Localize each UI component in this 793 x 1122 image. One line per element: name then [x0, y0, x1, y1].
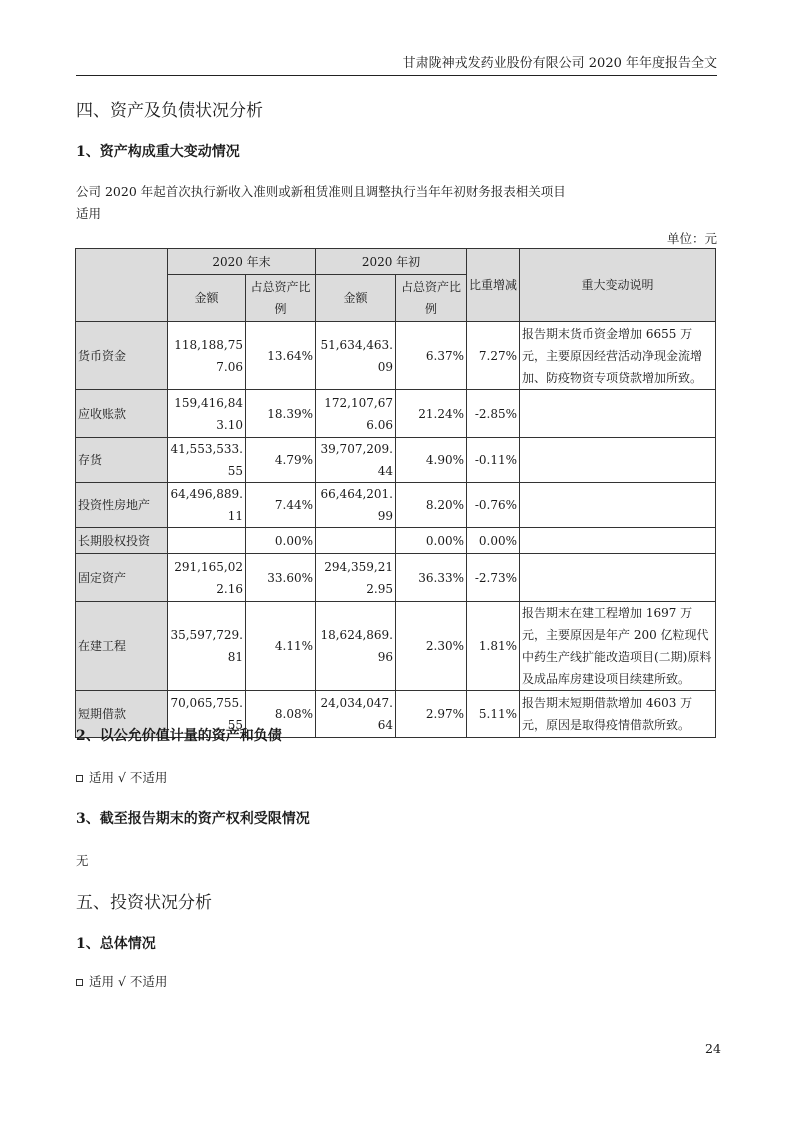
change-explanation: 报告期末短期借款增加 4603 万元，原因是取得疫情借款所致。: [520, 691, 716, 738]
unit-label: 单位：元: [667, 229, 717, 247]
change-explanation: 报告期末在建工程增加 1697 万元，主要原因是年产 200 亿粒现代中药生产线…: [520, 602, 716, 691]
start-amount: 51,634,463.09: [316, 322, 396, 390]
section-5-title: 五、投资状况分析: [76, 888, 212, 913]
change-explanation: [520, 554, 716, 602]
start-amount: 172,107,676.06: [316, 390, 396, 438]
row-item: 长期股权投资: [76, 528, 168, 554]
end-ratio: 18.39%: [246, 390, 316, 438]
end-amount: 159,416,843.10: [168, 390, 246, 438]
start-ratio: 8.20%: [396, 483, 467, 528]
end-amount: 64,496,889.11: [168, 483, 246, 528]
fair-value-option-text: 适用 √ 不适用: [89, 770, 167, 785]
table-row: 应收账款 159,416,843.10 18.39% 172,107,676.0…: [76, 390, 716, 438]
ratio-change: 5.11%: [467, 691, 520, 738]
start-ratio: 21.24%: [396, 390, 467, 438]
end-ratio: 4.11%: [246, 602, 316, 691]
page-header: 甘肃陇神戎发药业股份有限公司 2020 年年度报告全文: [76, 52, 717, 76]
ratio-change: 1.81%: [467, 602, 520, 691]
section-4-title: 四、资产及负债状况分析: [76, 96, 263, 121]
end-ratio: 4.79%: [246, 438, 316, 483]
row-item: 固定资产: [76, 554, 168, 602]
checkbox-icon: [76, 775, 83, 782]
end-ratio: 33.60%: [246, 554, 316, 602]
header-start-ratio: 占总资产比例: [396, 275, 467, 322]
change-explanation: [520, 390, 716, 438]
start-amount: 39,707,209.44: [316, 438, 396, 483]
start-amount: 18,624,869.96: [316, 602, 396, 691]
asset-composition-table: 2020 年末 2020 年初 比重增减 重大变动说明 金额 占总资产比例 金额…: [75, 248, 716, 738]
end-amount: 35,597,729.81: [168, 602, 246, 691]
ratio-change: 0.00%: [467, 528, 520, 554]
start-amount: 294,359,212.95: [316, 554, 396, 602]
start-ratio: 2.97%: [396, 691, 467, 738]
checkbox-icon: [76, 979, 83, 986]
start-amount: [316, 528, 396, 554]
header-start-year: 2020 年初: [316, 249, 467, 275]
start-ratio: 6.37%: [396, 322, 467, 390]
change-explanation: [520, 483, 716, 528]
subsection-asset-changes-title: 1、资产构成重大变动情况: [76, 141, 240, 161]
table-row: 固定资产 291,165,022.16 33.60% 294,359,212.9…: [76, 554, 716, 602]
header-end-amount: 金额: [168, 275, 246, 322]
page-number: 24: [705, 1041, 721, 1056]
end-ratio: 7.44%: [246, 483, 316, 528]
header-change: 比重增减: [467, 249, 520, 322]
start-ratio: 36.33%: [396, 554, 467, 602]
header-item: [76, 249, 168, 322]
header-end-year: 2020 年末: [168, 249, 316, 275]
adoption-note: 公司 2020 年起首次执行新收入准则或新租赁准则且调整执行当年年初财务报表相关…: [76, 182, 566, 200]
overall-option: 适用 √ 不适用: [76, 972, 167, 990]
header-explanation: 重大变动说明: [520, 249, 716, 322]
subsection-overall-title: 1、总体情况: [76, 933, 156, 953]
subsection-fair-value-title: 2、以公允价值计量的资产和负债: [76, 725, 282, 745]
end-amount: 118,188,757.06: [168, 322, 246, 390]
table-row: 长期股权投资 0.00% 0.00% 0.00%: [76, 528, 716, 554]
restricted-assets-text: 无: [76, 851, 89, 869]
change-explanation: [520, 528, 716, 554]
start-ratio: 2.30%: [396, 602, 467, 691]
end-ratio: 0.00%: [246, 528, 316, 554]
start-ratio: 0.00%: [396, 528, 467, 554]
row-item: 货币资金: [76, 322, 168, 390]
ratio-change: -2.85%: [467, 390, 520, 438]
start-amount: 24,034,047.64: [316, 691, 396, 738]
end-amount: 41,553,533.55: [168, 438, 246, 483]
ratio-change: 7.27%: [467, 322, 520, 390]
change-explanation: 报告期末货币资金增加 6655 万元，主要原因经营活动净现金流增加、防疫物资专项…: [520, 322, 716, 390]
adoption-applicable: 适用: [76, 204, 101, 222]
start-ratio: 4.90%: [396, 438, 467, 483]
table-row: 投资性房地产 64,496,889.11 7.44% 66,464,201.99…: [76, 483, 716, 528]
row-item: 在建工程: [76, 602, 168, 691]
row-item: 存货: [76, 438, 168, 483]
header-end-ratio: 占总资产比例: [246, 275, 316, 322]
ratio-change: -0.76%: [467, 483, 520, 528]
table-row: 存货 41,553,533.55 4.79% 39,707,209.44 4.9…: [76, 438, 716, 483]
header-start-amount: 金额: [316, 275, 396, 322]
table-row: 在建工程 35,597,729.81 4.11% 18,624,869.96 2…: [76, 602, 716, 691]
overall-option-text: 适用 √ 不适用: [89, 974, 167, 989]
end-amount: [168, 528, 246, 554]
start-amount: 66,464,201.99: [316, 483, 396, 528]
end-ratio: 13.64%: [246, 322, 316, 390]
table-row: 货币资金 118,188,757.06 13.64% 51,634,463.09…: [76, 322, 716, 390]
subsection-restricted-assets-title: 3、截至报告期末的资产权利受限情况: [76, 808, 310, 828]
change-explanation: [520, 438, 716, 483]
ratio-change: -0.11%: [467, 438, 520, 483]
fair-value-option: 适用 √ 不适用: [76, 768, 167, 786]
end-amount: 291,165,022.16: [168, 554, 246, 602]
ratio-change: -2.73%: [467, 554, 520, 602]
row-item: 投资性房地产: [76, 483, 168, 528]
row-item: 应收账款: [76, 390, 168, 438]
